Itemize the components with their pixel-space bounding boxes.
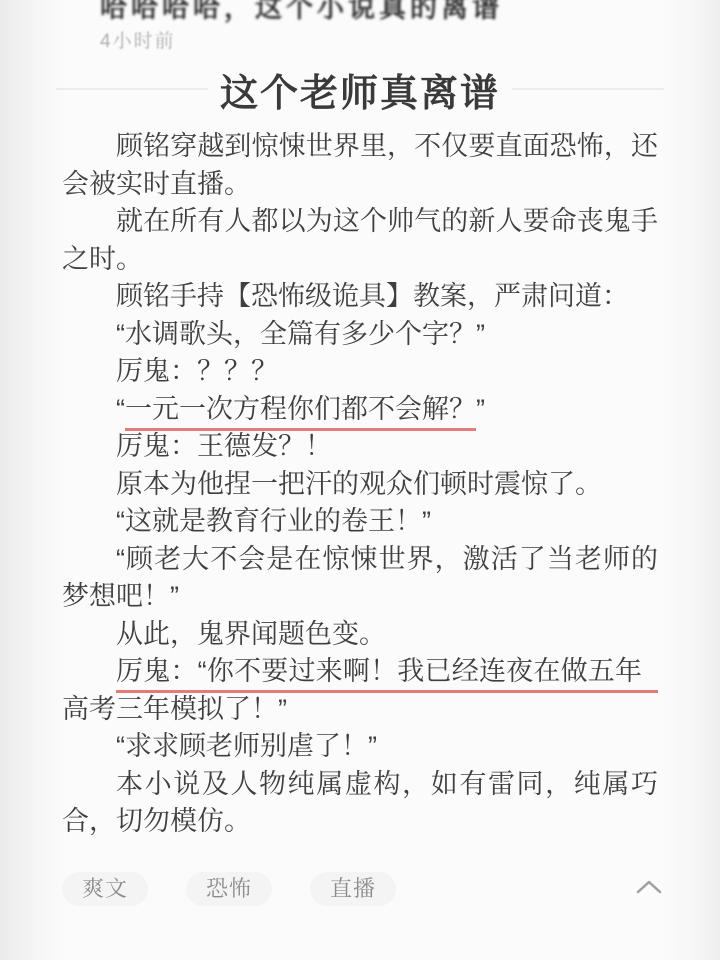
paragraph-text: 高考三年模拟了！” [62, 694, 287, 724]
synopsis-paragraph: “顾老大不会是在惊悚世界，激活了当老师的梦想吧！” [62, 541, 658, 616]
paragraph-text: “顾老大不会是在惊悚世界，激活了当老师的梦想吧！” [62, 544, 658, 612]
update-timestamp: 4小时前 [100, 26, 176, 53]
synopsis: 顾铭穿越到惊悚世界里，不仅要直面恐怖，还会被实时直播。就在所有人都以为这个帅气的… [62, 128, 658, 841]
chevron-up-icon[interactable] [634, 876, 664, 898]
paragraph-text: 原本为他捏一把汗的观众们顿时震惊了。 [116, 469, 602, 499]
novel-intro-screen: 哈哈哈哈，这个小说真的离谱 4小时前 这个老师真离谱 顾铭穿越到惊悚世界里，不仅… [0, 0, 720, 960]
tag-pill[interactable]: 恐怖 [186, 872, 272, 906]
paragraph-text: 本小说及人物纯属虚构，如有雷同，纯属巧合，切勿模仿。 [62, 769, 658, 837]
red-underlined-text: 一元一次方程你们都不会解？ [125, 394, 476, 431]
synopsis-paragraph: “求求顾老师别虐了！” [62, 728, 658, 766]
synopsis-paragraph: “这就是教育行业的卷王！” [62, 503, 658, 541]
synopsis-paragraph: 从此，鬼界闻题色变。 [62, 616, 658, 654]
tags-row: 爽文恐怖直播 [62, 872, 396, 906]
paragraph-text: “这就是教育行业的卷王！” [116, 506, 431, 536]
tag-pill[interactable]: 爽文 [62, 872, 148, 906]
synopsis-paragraph: 厉鬼：？？？ [62, 353, 658, 391]
synopsis-paragraph: 厉鬼：王德发？！ [62, 428, 658, 466]
synopsis-paragraph: 顾铭穿越到惊悚世界里，不仅要直面恐怖，还会被实时直播。 [62, 128, 658, 203]
synopsis-paragraph: 原本为他捏一把汗的观众们顿时震惊了。 [62, 466, 658, 504]
paragraph-text: 顾铭手持【恐怖级诡具】教案，严肃问道： [116, 281, 629, 311]
synopsis-paragraph: 就在所有人都以为这个帅气的新人要命丧鬼手之时。 [62, 203, 658, 278]
paragraph-text: 从此，鬼界闻题色变。 [116, 619, 386, 649]
synopsis-paragraph: “一元一次方程你们都不会解？” [62, 391, 658, 429]
previous-content-clipped-text: 哈哈哈哈，这个小说真的离谱 [100, 0, 503, 25]
synopsis-paragraph: 本小说及人物纯属虚构，如有雷同，纯属巧合，切勿模仿。 [62, 766, 658, 841]
red-underlined-text: 厉鬼：“你不要过来啊！我已经连夜在做五年 [116, 656, 658, 693]
tag-pill[interactable]: 直播 [310, 872, 396, 906]
paragraph-text: ” [476, 394, 485, 424]
synopsis-paragraph: 顾铭手持【恐怖级诡具】教案，严肃问道： [62, 278, 658, 316]
paragraph-text: 厉鬼：？？？ [116, 356, 278, 386]
paragraph-text: “求求顾老师别虐了！” [116, 731, 377, 761]
paragraph-text: “水调歌头，全篇有多少个字？” [116, 319, 485, 349]
synopsis-paragraph: 厉鬼：“你不要过来啊！我已经连夜在做五年高考三年模拟了！” [62, 653, 658, 728]
title-divider-right [512, 88, 664, 90]
paragraph-text: 就在所有人都以为这个帅气的新人要命丧鬼手之时。 [62, 206, 658, 274]
paragraph-text: 厉鬼：王德发？！ [116, 431, 332, 461]
paragraph-text: 顾铭穿越到惊悚世界里，不仅要直面恐怖，还会被实时直播。 [62, 131, 658, 199]
synopsis-paragraph: “水调歌头，全篇有多少个字？” [62, 316, 658, 354]
paragraph-text: “ [116, 394, 125, 424]
